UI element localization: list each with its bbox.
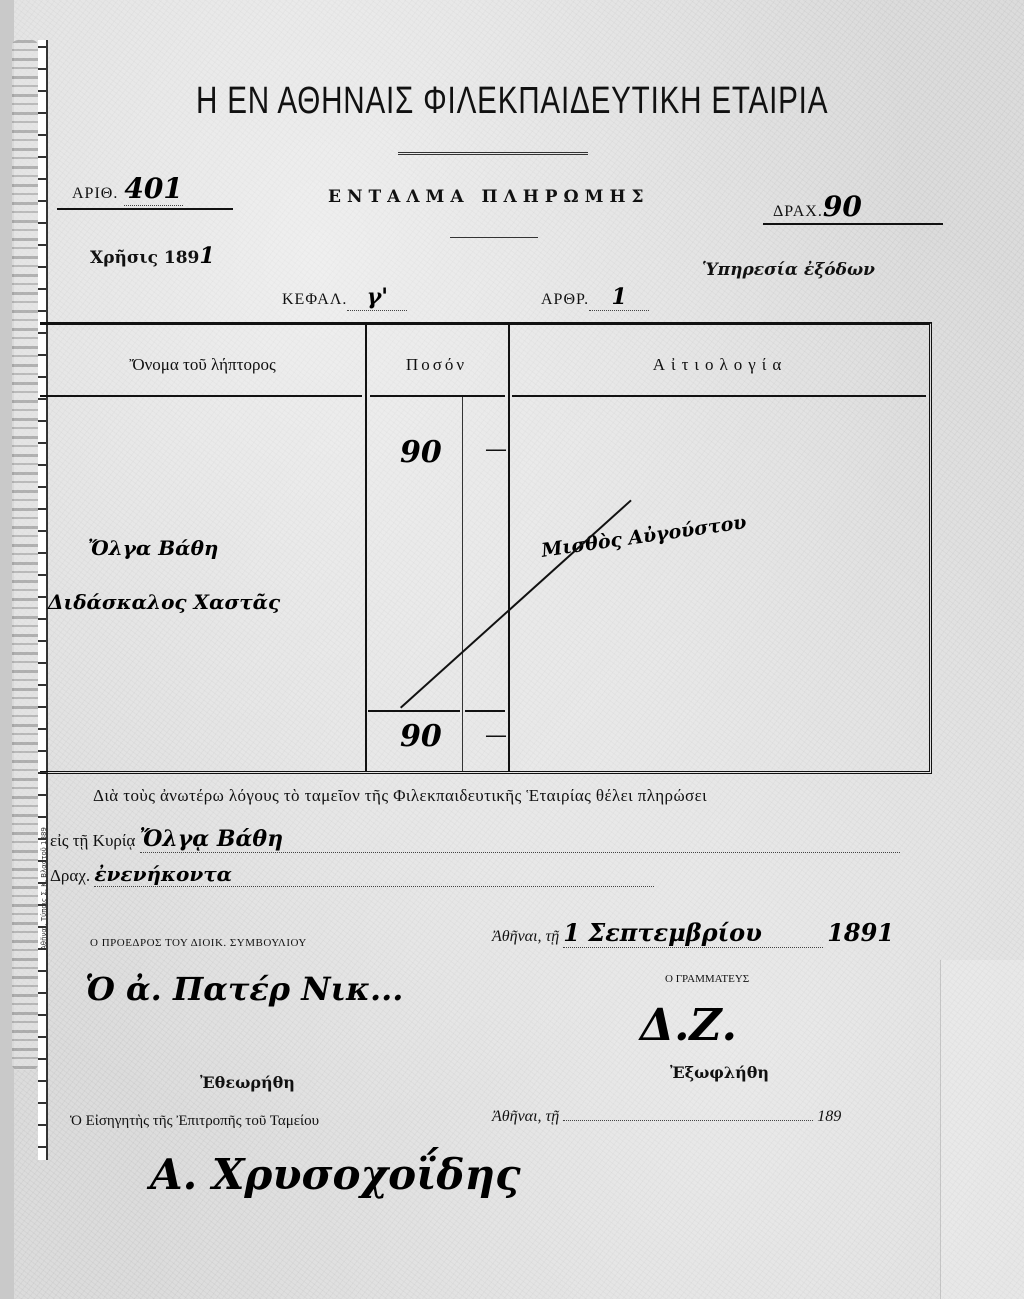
total-rule bbox=[368, 710, 460, 712]
drax-field: ΔΡΑΧ.90 bbox=[773, 190, 862, 224]
row-amount: 90 bbox=[400, 435, 442, 470]
paid-label: Ἐξωφλήθη bbox=[670, 1063, 769, 1082]
paper-fold bbox=[940, 960, 1024, 1299]
title-rule bbox=[398, 152, 588, 155]
table-row-recipient: Ὄλγα Βάθη Διδάσκαλος Χαστᾶς bbox=[40, 521, 360, 629]
recipient-name: Ὄλγα Βάθη bbox=[48, 521, 360, 575]
form-title-rule bbox=[450, 237, 538, 238]
rapporteur-label: Ὁ Εἰσηγητὴς τῆς Ἐπιτροπῆς τοῦ Ταμείου bbox=[70, 1113, 319, 1130]
column-divider bbox=[508, 325, 510, 771]
secretary-signature: Δ.Ζ. bbox=[640, 1000, 737, 1051]
approved-label: Ἐθεωρήθη bbox=[200, 1073, 295, 1092]
president-label: Ο ΠΡΟΕΔΡΟΣ ΤΟΥ ΔΙΟΙΚ. ΣΥΜΒΟΥΛΙΟΥ bbox=[90, 937, 307, 949]
printer-mark: Ἀθῆναι, Τύποις Σ. Κ. Βλαστοῦ 1889 bbox=[40, 750, 48, 950]
society-title: Η ΕΝ ΑΘΗΝΑΙΣ ΦΙΛΕΚΠΑΙΔΕΥΤΙΚΗ ΕΤΑΙΡΙΑ bbox=[196, 80, 795, 123]
amount-words-value: ἐνενήκοντα bbox=[94, 862, 654, 887]
total-amount: 90 bbox=[400, 719, 442, 754]
arith-value: 401 bbox=[124, 172, 182, 206]
header-rule bbox=[40, 395, 362, 397]
header-rule bbox=[370, 395, 505, 397]
date2-prefix: Ἀθῆναι, τῇ bbox=[492, 1108, 559, 1125]
xrisis-label: Χρῆσις bbox=[90, 248, 158, 268]
service-label: Ὑπηρεσία ἐξόδων bbox=[702, 260, 875, 280]
issue-date: Ἀθῆναι, τῇ 1 Σεπτεμβρίου 1891 bbox=[492, 918, 894, 948]
xrisis-year-hand: 1 bbox=[199, 243, 214, 269]
total-cents: — bbox=[485, 723, 507, 748]
kefal-value: γ' bbox=[347, 284, 407, 311]
column-divider bbox=[365, 325, 367, 771]
xrisis-value: 189 bbox=[164, 248, 200, 268]
drax-label: ΔΡΑΧ. bbox=[773, 203, 823, 220]
header-reason: Αἰτιολογία bbox=[508, 355, 932, 375]
rapporteur-signature: Α. Χρυσοχοΐδης bbox=[150, 1150, 521, 1199]
date2-blank bbox=[563, 1120, 813, 1121]
header-rule bbox=[512, 395, 926, 397]
recipient-title: Διδάσκαλος Χαστᾶς bbox=[48, 575, 360, 629]
date-prefix: Ἀθῆναι, τῇ bbox=[492, 928, 559, 945]
date-value: 1 Σεπτεμβρίου bbox=[563, 918, 823, 948]
arthr-label: ΑΡΘΡ. bbox=[541, 291, 589, 308]
date2-year: 189 bbox=[817, 1108, 841, 1125]
header-amount: Ποσόν bbox=[365, 355, 508, 375]
kefal-field: ΚΕΦΑΛ.γ' bbox=[282, 284, 407, 311]
arthr-value: 1 bbox=[589, 284, 649, 311]
total-rule bbox=[465, 710, 505, 712]
arthr-field: ΑΡΘΡ.1 bbox=[541, 284, 649, 311]
payment-date: Ἀθῆναι, τῇ 189 bbox=[492, 1108, 841, 1126]
cents-divider bbox=[462, 397, 463, 771]
payee-value: Ὄλγᾳ Βάθη bbox=[140, 826, 900, 853]
arith-field: ΑΡΙΘ.401 bbox=[72, 172, 183, 206]
payment-table: Ὄνομα τοῦ λήπτορος Ποσόν Αἰτιολογία Ὄλγα… bbox=[40, 322, 932, 774]
kefal-label: ΚΕΦΑΛ. bbox=[282, 291, 347, 308]
president-signature: Ὁ ἀ. Πατέρ Νικ... bbox=[85, 970, 403, 1008]
secretary-label: Ο ΓΡΑΜΜΑΤΕΥΣ bbox=[665, 973, 749, 985]
amount-words-line: Δραχ. ἐνενήκοντα bbox=[50, 862, 654, 887]
arith-rule bbox=[57, 208, 233, 210]
row-amount-cents: — bbox=[485, 437, 507, 462]
amount-words-label: Δραχ. bbox=[50, 866, 90, 885]
drax-rule bbox=[763, 223, 943, 225]
date-year: 1891 bbox=[827, 918, 894, 947]
payee-label: εἰς τῇ Κυρίᾳ bbox=[50, 831, 135, 850]
payment-statement: Διὰ τοὺς ἀνωτέρω λόγους τὸ ταμεῖον τῆς Φ… bbox=[93, 786, 707, 806]
header-name: Ὄνομα τοῦ λήπτορος bbox=[40, 355, 365, 375]
fiscal-year: Χρῆσις 1891 bbox=[90, 243, 215, 269]
ornamental-border bbox=[12, 40, 38, 1070]
drax-value: 90 bbox=[823, 190, 862, 224]
strike-line bbox=[400, 500, 632, 709]
payee-line: εἰς τῇ Κυρίᾳ Ὄλγᾳ Βάθη bbox=[50, 826, 900, 853]
form-title: ΕΝΤΑΛΜΑ ΠΛΗΡΩΜΗΣ bbox=[328, 187, 650, 207]
arith-label: ΑΡΙΘ. bbox=[72, 185, 118, 202]
